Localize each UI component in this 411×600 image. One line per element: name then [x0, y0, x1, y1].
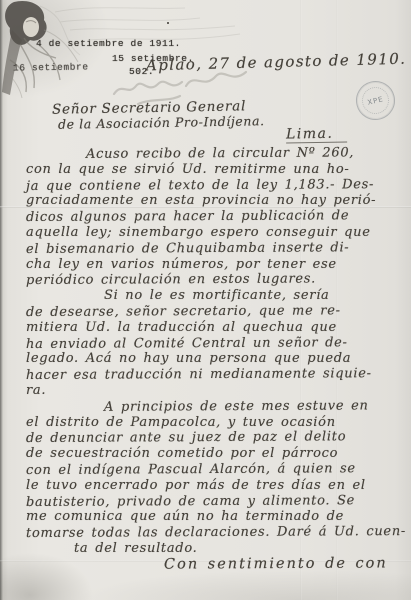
recipient-city: Lima.: [286, 125, 348, 143]
archive-stamp-label: XPE: [367, 95, 385, 107]
letter-line: mitiera Ud. la traducción al quechua que: [26, 320, 404, 336]
letter-line: ha enviado al Comité Central un señor de…: [26, 335, 404, 353]
letter-line: ta del resultado.: [74, 541, 404, 557]
letter-line: dicos algunos para hacer la publicación …: [26, 208, 404, 226]
letter-line: periódico circulación en estos lugares.: [26, 271, 404, 289]
letter-line: graciadamente en esta provincia no hay p…: [26, 193, 404, 209]
received-stamp-16-set: 16 setiembre: [13, 61, 89, 73]
letter-line: le tuvo encerrado por más de tres días e…: [26, 478, 404, 494]
ink-dot: [167, 22, 169, 24]
letter-line: aquella ley; sinembargo espero conseguir…: [26, 225, 404, 241]
letter-line: el bisemanario de Chuquibamba inserte di…: [26, 240, 404, 258]
letter-line: Acuso recibo de la circular Nº 260,: [86, 145, 404, 162]
letter-line: A principios de este mes estuve en: [104, 398, 404, 415]
letter-line: ja que contiene el texto de la ley 1,183…: [26, 177, 404, 195]
letter-line: bautisterio, privado de cama y alimento.…: [26, 493, 404, 511]
letter-line: Si no le es mortificante, sería: [104, 288, 404, 304]
letter-line: de secuestración cometido por el párroco: [26, 446, 404, 462]
received-stamp-1911: 4 de setiembre de 1911.: [36, 38, 181, 49]
letter-body: Acuso recibo de la circular Nº 260, con …: [26, 146, 404, 573]
letter-line: con el indígena Pascual Alarcón, á quien…: [26, 461, 404, 479]
letter-line: tomarse todas las declaraciones. Daré á …: [26, 524, 404, 542]
letter-page: 4 de setiembre de 1911. 15 setiembre. 16…: [0, 0, 411, 600]
archive-round-stamp-icon: XPE: [352, 77, 399, 124]
recipient-organization: de la Asociación Pro-Indíjena.: [58, 113, 265, 132]
letter-line: me comunica que aún no ha terminado de: [26, 509, 404, 525]
letter-line: el distrito de Pampacolca, y tuve ocasió…: [26, 415, 404, 431]
letter-line: cha ley en varios números, por tener ese: [26, 257, 404, 273]
letter-line: con la que se sirvió Ud. remitirme una h…: [26, 162, 404, 178]
letter-line: ra.: [26, 383, 404, 399]
closing-line: Con sentimiento de con: [164, 556, 404, 573]
letter-line: de denunciar ante su juez de paz el deli…: [26, 429, 404, 447]
letter-line: legado. Acá no hay una persona que pueda: [26, 351, 404, 367]
letter-line: de desearse, señor secretario, que me re…: [26, 303, 404, 321]
letter-line: hacer esa traducción ni medianamente siq…: [26, 366, 404, 384]
